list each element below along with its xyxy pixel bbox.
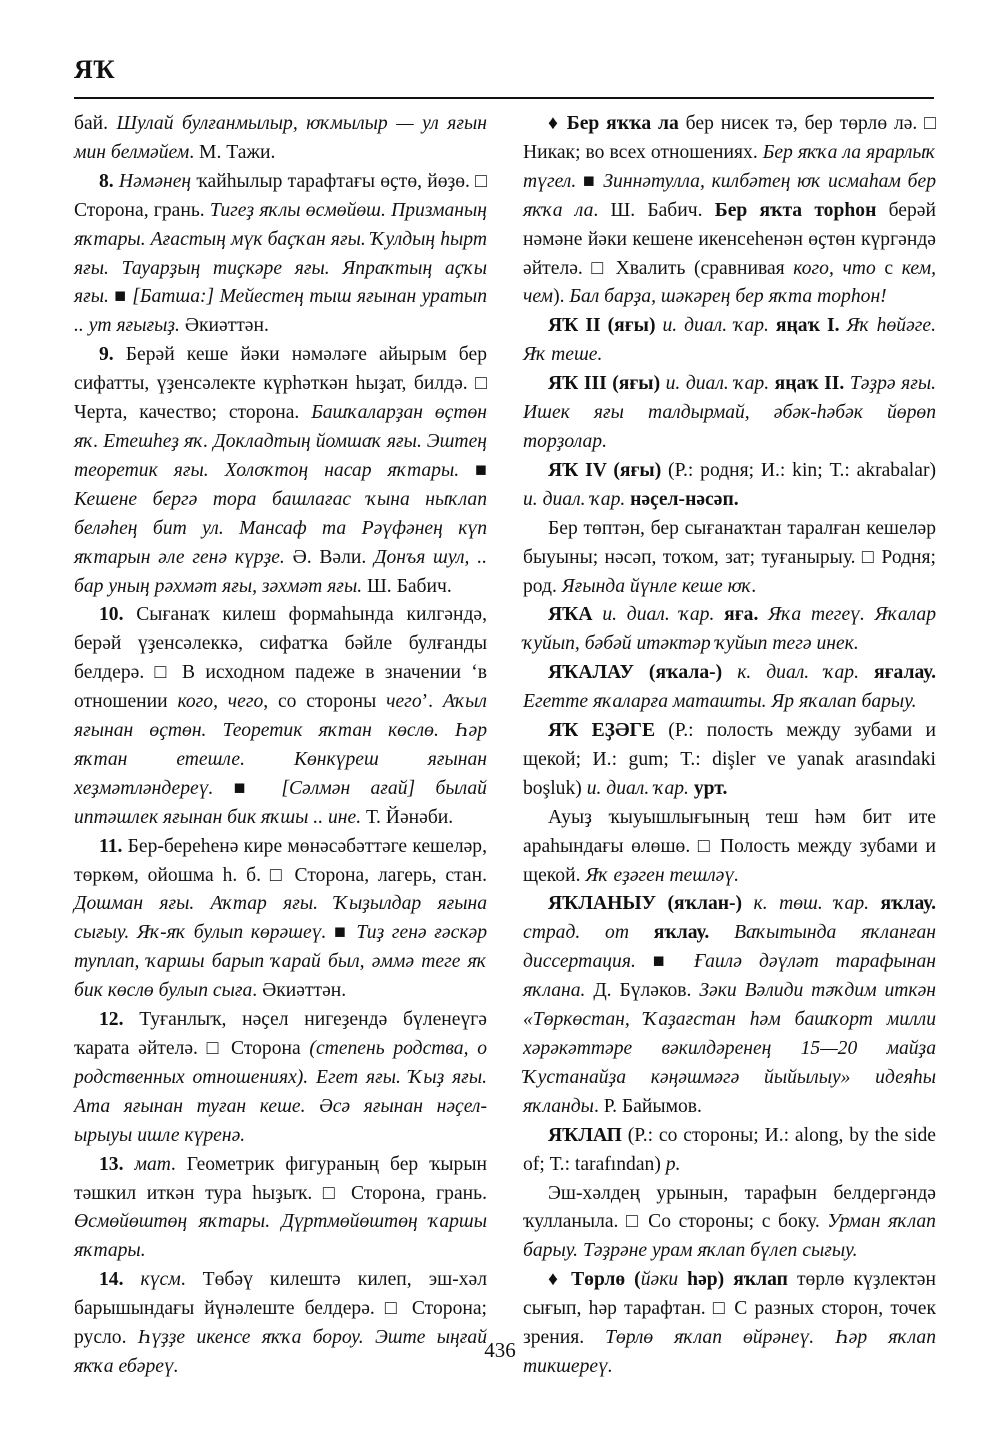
definition-text: Әкиәттән. — [180, 315, 269, 336]
headword: Бер яҡта торһон — [715, 200, 877, 221]
example-text: Яғында йүнле кеше юҡ. — [562, 576, 757, 597]
definition-text: ■ — [459, 460, 487, 481]
example-text: Шулай булғанмылыр, юҡмылыр — ул яғын мин… — [74, 113, 487, 163]
definition-text: Т. Йәнәби. — [361, 807, 453, 828]
definition-text — [709, 922, 734, 943]
headword: ЯҠ IV (яғы) — [548, 460, 661, 481]
dictionary-paragraph: 10. Сығанаҡ килеш формаһында килгәндә, б… — [74, 601, 487, 832]
definition-text: Ш. Бабич. — [362, 576, 452, 597]
example-text: к. төш. ҡар. — [742, 893, 869, 914]
headword: ЯҠЛАНЫУ (яҡлан-) — [548, 893, 742, 914]
headword: яҡлау. — [654, 922, 709, 943]
dictionary-paragraph: 9. Берәй кеше йәки нәмәләге айырым бер с… — [74, 341, 487, 601]
headword: ЯҠ III (яғы) — [548, 373, 660, 394]
example-text: и. диал. ҡар. — [593, 604, 715, 625]
dictionary-paragraph: Ауыҙ ҡыуышлығының теш һәм бит ите араһын… — [523, 804, 936, 891]
headword: ЯҠ ЕҘӘГЕ — [548, 720, 655, 741]
dictionary-paragraph: ЯҠ ЕҘӘГЕ (Р.: полость между зубами и щек… — [523, 717, 936, 804]
example-text: чего — [386, 691, 422, 712]
headword: яғалау. — [874, 662, 936, 683]
example-text: и. диал. ҡар. — [655, 315, 768, 336]
definition-text — [629, 922, 654, 943]
definition-text: ■ — [213, 778, 281, 799]
example-text: и. диал. ҡар. — [660, 373, 769, 394]
dictionary-paragraph: ЯҠАЛАУ (яҡала-) к. диал. ҡар. яғалау. Ег… — [523, 659, 936, 717]
headword: 11. — [99, 836, 128, 857]
dictionary-paragraph: ЯҠЛАП (Р.: со стороны; И.: along, by the… — [523, 1122, 936, 1180]
definition-text: Ә. Вәли. — [285, 547, 374, 568]
example-text: р. — [666, 1154, 681, 1175]
definition-text: с — [876, 258, 902, 279]
left-column: бай. Шулай булғанмылыр, юҡмылыр — ул яғы… — [74, 110, 487, 1382]
headword: Бер яҡҡа ла — [567, 113, 679, 134]
headword: 13. — [99, 1154, 134, 1175]
headword: яға. — [724, 604, 758, 625]
page-number: 436 — [0, 1338, 1000, 1363]
definition-text: (Р.: родня; И.: kin; Т.: akrabalar) — [661, 460, 936, 481]
headword: яңаҡ II. — [775, 373, 845, 394]
definition-text: ). — [553, 286, 569, 307]
definition-text: . М. Тажи. — [189, 142, 275, 163]
example-text: Өсмөйөштөң яҡтары. Дүртмөйөштөң ҡаршы яҡ… — [74, 1211, 487, 1261]
headword: ЯҠЛАП — [548, 1125, 622, 1146]
definition-text: ■ — [109, 286, 132, 307]
dictionary-paragraph: Бер төптән, бер сығанаҡтан таралған кеше… — [523, 515, 936, 602]
definition-text — [869, 893, 880, 914]
definition-text: бай. — [74, 113, 117, 134]
right-column: ♦ Бер яҡҡа ла бер нисек тә, бер төрлө лә… — [523, 110, 936, 1382]
example-text: кого, чего — [177, 691, 263, 712]
example-text: күсм — [141, 1269, 181, 1290]
dictionary-paragraph: ЯҠ II (яғы) и. диал. ҡар. яңаҡ I. Яҡ һөй… — [523, 312, 936, 370]
definition-text: , со стороны — [263, 691, 386, 712]
headword: ЯҠА — [548, 604, 593, 625]
example-text: йәки — [641, 1269, 678, 1290]
dictionary-paragraph: ЯҠ IV (яғы) (Р.: родня; И.: kin; Т.: akr… — [523, 457, 936, 515]
example-text: и. диал. ҡар. — [523, 489, 625, 510]
running-head: ЯҠ — [74, 52, 934, 88]
headword: яҡлау. — [881, 893, 936, 914]
headword: 8. — [99, 171, 119, 192]
headword: 9. — [99, 344, 126, 365]
example-text: Бал барҙа, шәкәрең бер яҡта торһон! — [569, 286, 886, 307]
example-text: к. диал. ҡар. — [722, 662, 859, 683]
definition-text: . Ш. Бабич. — [593, 200, 714, 221]
dictionary-paragraph: 12. Туғанлыҡ, нәҫел нигеҙендә бүленеүгә … — [74, 1006, 487, 1151]
headword: нәҫел-нәсәп. — [630, 489, 738, 510]
headword: һәр) яҡлап — [678, 1269, 788, 1290]
definition-text: ■ — [636, 951, 694, 972]
definition-text: ■ — [576, 171, 603, 192]
definition-text: ♦ — [548, 113, 567, 134]
definition-text: Д. Бүләков. — [585, 980, 699, 1001]
example-text: [Батша:] Мейестең тыш яғынан уратып .. у… — [74, 286, 487, 336]
dictionary-paragraph: ЯҠА и. диал. ҡар. яға. Яҡа тегеү. Яҡалар… — [523, 601, 936, 659]
definition-text: ’. — [422, 691, 443, 712]
dictionary-paragraph: 8. Нәмәнең ҡайһылыр тарафтағы өҫтө, йөҙө… — [74, 168, 487, 341]
definition-text — [859, 662, 874, 683]
example-text: и. диал. ҡар. — [587, 778, 689, 799]
definition-text — [769, 315, 776, 336]
headword: ЯҠ II (яғы) — [548, 315, 655, 336]
dictionary-paragraph: ЯҠЛАНЫУ (яҡлан-) к. төш. ҡар. яҡлау. стр… — [523, 890, 936, 1121]
definition-text: ♦ — [548, 1269, 571, 1290]
dictionary-paragraph: 13. мат. Геометрик фигураның бер ҡырын т… — [74, 1151, 487, 1267]
headword: яңаҡ I. — [776, 315, 840, 336]
dictionary-paragraph: 14. күсм. Төбәү килештә килеп, эш-хәл ба… — [74, 1266, 487, 1382]
example-text: Яҡ еҙәген тешләү. — [585, 865, 739, 886]
headword: 12. — [99, 1009, 139, 1030]
dictionary-paragraph: ЯҠ III (яғы) и. диал. ҡар. яңаҡ II. Тәҙр… — [523, 370, 936, 457]
dictionary-paragraph: 11. Бер-береһенә кире мөнәсәбәттәге кеше… — [74, 833, 487, 1006]
example-text: Нәмәнең — [119, 171, 191, 192]
definition-text: . Әкиәттән. — [252, 980, 346, 1001]
dictionary-paragraph: ♦ Бер яҡҡа ла бер нисек тә, бер төрлө лә… — [523, 110, 936, 312]
headword: 14. — [99, 1269, 141, 1290]
example-text: кого, что — [793, 258, 875, 279]
definition-text: Бер-береһенә кире мөнәсәбәттәге кешеләр,… — [74, 836, 487, 886]
definition-text: . Р. Байымов. — [594, 1096, 702, 1117]
definition-text: ■ — [326, 922, 356, 943]
example-text: мат — [134, 1154, 170, 1175]
page-header: ЯҠ — [74, 52, 934, 88]
dictionary-paragraph: Эш-хәлдең урынын, тарафын белдергәндә ҡу… — [523, 1180, 936, 1267]
headword: 10. — [99, 604, 136, 625]
dictionary-paragraph: бай. Шулай булғанмылыр, юҡмылыр — ул яғы… — [74, 110, 487, 168]
example-text: Егетте яҡаларға маташты. Яр яҡалап барыу… — [523, 691, 917, 712]
headword: урт. — [694, 778, 728, 799]
example-text: страд. от — [523, 922, 629, 943]
definition-text — [714, 604, 724, 625]
headword: ЯҠАЛАУ (яҡала-) — [548, 662, 722, 683]
dictionary-paragraph: ♦ Төрлө (йәки һәр) яҡлап төрлө күҙлектән… — [523, 1266, 936, 1382]
definition-text — [758, 604, 768, 625]
header-rule — [74, 97, 934, 99]
headword: Төрлө ( — [571, 1269, 641, 1290]
